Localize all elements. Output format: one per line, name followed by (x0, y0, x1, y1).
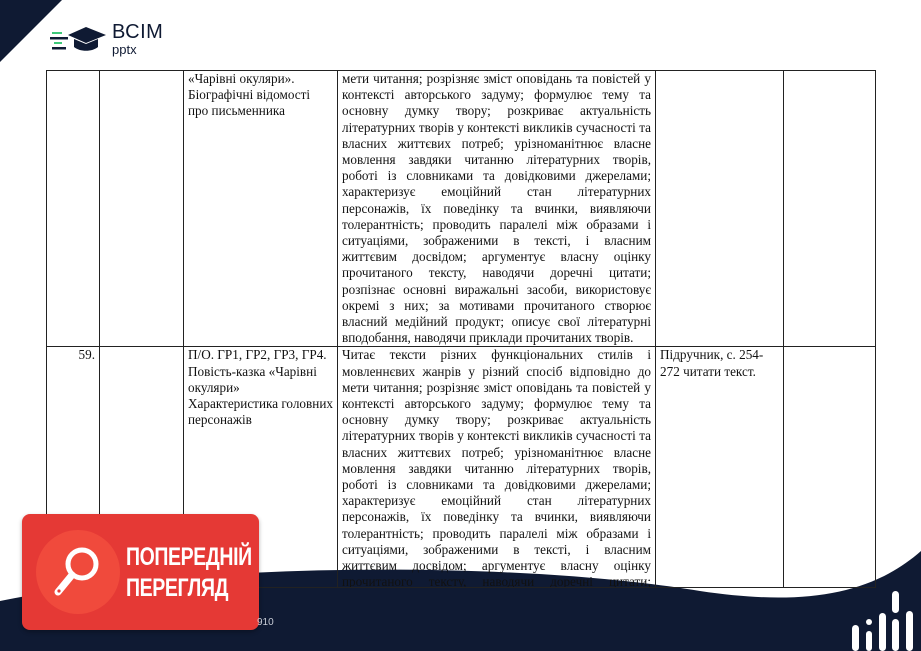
preview-icon-circle (36, 530, 120, 614)
learning-outcomes: мети читання; розрізняє зміст оповідань … (338, 71, 656, 347)
lesson-number (47, 71, 100, 347)
learning-outcomes-text: Читає тексти різних функціональних стилі… (342, 347, 651, 587)
preview-title-line2: ПЕРЕГЛЯД (126, 573, 252, 604)
learning-outcomes-text: мети читання; розрізняє зміст оповідань … (342, 71, 651, 346)
notes (784, 347, 876, 588)
lesson-plan-table: «Чарівні окуляри». Біографічні відомості… (46, 70, 876, 588)
lesson-date (100, 71, 184, 347)
logo-subtitle: pptx (112, 43, 163, 56)
learning-outcomes: Читає тексти різних функціональних стилі… (338, 347, 656, 588)
preview-title-line1: ПОПЕРЕДНІЙ (126, 542, 252, 573)
homework: Підручник, с. 254-272 читати текст. (656, 347, 784, 588)
lesson-topic: «Чарівні окуляри». Біографічні відомості… (184, 71, 338, 347)
preview-badge[interactable]: ПОПЕРЕДНІЙ ПЕРЕГЛЯД (22, 514, 259, 630)
notes (784, 71, 876, 347)
table-row: «Чарівні окуляри». Біографічні відомості… (47, 71, 876, 347)
graduation-cap-icon (50, 24, 108, 54)
site-logo[interactable]: ВСІМ pptx (50, 22, 163, 56)
magnifier-icon (36, 530, 120, 614)
homework (656, 71, 784, 347)
page-code: 910 (257, 617, 274, 628)
brand-bars-icon (848, 585, 918, 651)
logo-title: ВСІМ (112, 22, 163, 42)
